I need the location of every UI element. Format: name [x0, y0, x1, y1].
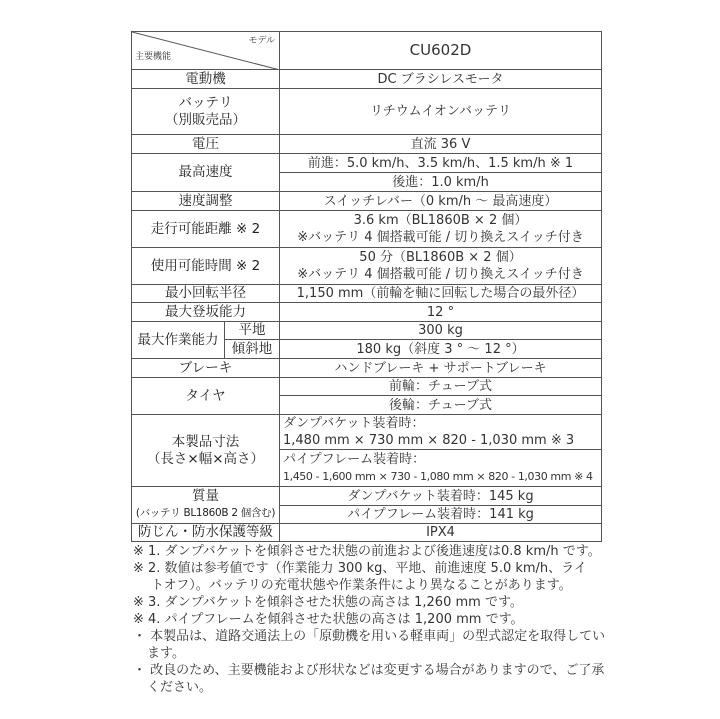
header-corner-cell: モデル 主要機能 — [132, 32, 280, 70]
tire-rear: 後輪：チューブ式 — [280, 396, 602, 415]
footnote-1: ※ 1. ダンプバケットを傾斜させた状態の前進および後進速度は0.8 km/h … — [133, 543, 613, 560]
mass-label-sub: (バッテリ BL1860B 2 個含む) — [135, 505, 276, 522]
max-speed-forward: 前進：5.0 km/h、3.5 km/h、1.5 km/h ※ 1 — [280, 154, 602, 173]
battery-label-cell: バッテリ （別販売品） — [132, 89, 280, 135]
speed-control-label: 速度調整 — [132, 192, 280, 211]
capacity-label: 最大作業能力 — [132, 322, 225, 359]
dimensions-dump-value: 1,480 mm × 730 mm × 820 - 1,030 mm ※ 3 — [283, 432, 598, 449]
mass-pipe-value: パイプフレーム装着時：141 kg — [280, 506, 602, 524]
feature-header-label: 主要機能 — [135, 49, 171, 66]
travel-distance-cell: 3.6 km（BL1860B × 2 個） ※バッテリ 4 個搭載可能 / 切り… — [280, 211, 602, 248]
speed-control-value: スイッチレバー（0 km/h ～ 最高速度） — [280, 192, 602, 211]
motor-value: DC ブラシレスモータ — [280, 70, 602, 89]
dimensions-dump-cell: ダンプバケット装着時： 1,480 mm × 730 mm × 820 - 1,… — [280, 415, 602, 450]
dimensions-label-sub: （長さ×幅×高さ） — [135, 451, 276, 468]
dimensions-pipe-title: パイプフレーム装着時： — [283, 451, 598, 468]
dimensions-pipe-value: 1,450 - 1,600 mm × 730 - 1,080 mm × 820 … — [283, 468, 598, 485]
footnotes: ※ 1. ダンプバケットを傾斜させた状態の前進および後進速度は0.8 km/h … — [133, 543, 613, 696]
dimensions-label: 本製品寸法 — [135, 434, 276, 451]
travel-distance-label: 走行可能距離 ※ 2 — [132, 211, 280, 248]
operating-time-value: 50 分（BL1860B × 2 個） — [283, 249, 598, 266]
mass-label-cell: 質量 (バッテリ BL1860B 2 個含む) — [132, 487, 280, 524]
battery-label-sub: （別販売品） — [135, 112, 276, 129]
turning-radius-label: 最小回転半径 — [132, 285, 280, 303]
protection-label: 防じん・防水保護等級 — [132, 524, 280, 542]
voltage-value: 直流 36 V — [280, 135, 602, 154]
bullet-note-1: ・ 本製品は、道路交通法上の「原動機を用いる軽車両」の型式認定を取得しています。 — [133, 628, 617, 662]
voltage-label: 電圧 — [132, 135, 280, 154]
battery-label: バッテリ — [135, 95, 276, 112]
capacity-flat-label: 平地 — [225, 322, 280, 340]
travel-distance-note: ※バッテリ 4 個搭載可能 / 切り換えスイッチ付き — [283, 229, 598, 246]
bullet-note-2: ・ 改良のため、主要機能および形状などは変更する場合がありますので、ご了承くださ… — [133, 662, 617, 696]
footnote-2b: トオフ）。バッテリの充電状態や作業条件により異なることがあります。 — [133, 577, 613, 594]
travel-distance-value: 3.6 km（BL1860B × 2 個） — [283, 212, 598, 229]
mass-dump-value: ダンプバケット装着時：145 kg — [280, 487, 602, 506]
footnote-4: ※ 4. パイプフレームを傾斜させた状態の高さは 1,200 mm です。 — [133, 611, 613, 628]
capacity-flat-value: 300 kg — [280, 322, 602, 340]
climbing-value: 12 ° — [280, 303, 602, 322]
max-speed-label: 最高速度 — [132, 154, 280, 192]
operating-time-note: ※バッテリ 4 個搭載可能 / 切り換えスイッチ付き — [283, 266, 598, 283]
operating-time-label: 使用可能時間 ※ 2 — [132, 248, 280, 285]
motor-label: 電動機 — [132, 70, 280, 89]
turning-radius-value: 1,150 mm（前輪を軸に回転した場合の最外径） — [280, 285, 602, 303]
capacity-slope-label: 傾斜地 — [225, 340, 280, 359]
model-name: CU602D — [280, 32, 602, 70]
capacity-slope-value: 180 kg（斜度 3 ° ～ 12 °） — [280, 340, 602, 359]
max-speed-reverse: 後進：1.0 km/h — [280, 173, 602, 192]
dimensions-label-cell: 本製品寸法 （長さ×幅×高さ） — [132, 415, 280, 487]
operating-time-cell: 50 分（BL1860B × 2 個） ※バッテリ 4 個搭載可能 / 切り換え… — [280, 248, 602, 285]
brake-value: ハンドブレーキ + サポートブレーキ — [280, 359, 602, 378]
footnote-3: ※ 3. ダンプバケットを傾斜させた状態の高さは 1,260 mm です。 — [133, 594, 613, 611]
mass-label: 質量 — [135, 488, 276, 505]
tire-label: タイヤ — [132, 378, 280, 415]
protection-value: IPX4 — [280, 524, 602, 542]
brake-label: ブレーキ — [132, 359, 280, 378]
climbing-label: 最大登坂能力 — [132, 303, 280, 322]
dimensions-dump-title: ダンプバケット装着時： — [283, 415, 598, 432]
tire-front: 前輪：チューブ式 — [280, 378, 602, 396]
battery-value: リチウムイオンバッテリ — [280, 89, 602, 135]
spec-table: モデル 主要機能 CU602D 電動機 DC ブラシレスモータ バッテリ （別販… — [131, 31, 602, 542]
dimensions-pipe-cell: パイプフレーム装着時： 1,450 - 1,600 mm × 730 - 1,0… — [280, 450, 602, 487]
footnote-2a: ※ 2. 数値は参考値です（作業能力 300 kg、平地、前進速度 5.0 km… — [133, 560, 613, 577]
model-header-label: モデル — [248, 33, 275, 50]
